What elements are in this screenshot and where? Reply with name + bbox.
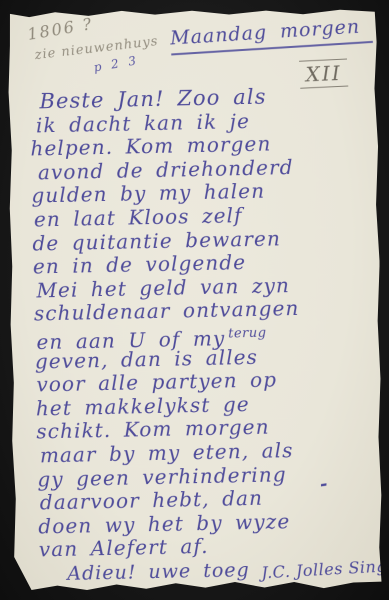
letter-paper: 1806 ? zie nieuwenhuys p 2 3 Maandag mor… (7, 7, 383, 592)
signature: J.C. Jolles Singels (261, 555, 389, 582)
page-reference-annotation: p 2 3 (93, 53, 140, 74)
page-reference-text: p 2 3 (93, 53, 140, 74)
inserted-word: terug (228, 326, 267, 342)
letter-closing: Adieu! uwe toeg (67, 559, 250, 585)
letter-dateline: Maandag morgen (170, 15, 373, 56)
photo-background: 1806 ? zie nieuwenhuys p 2 3 Maandag mor… (0, 0, 389, 600)
inventory-number-annotation: 1806 ? (26, 14, 95, 44)
letter-body: Beste Jan! Zoo als ik dacht kan ik je he… (29, 83, 379, 585)
